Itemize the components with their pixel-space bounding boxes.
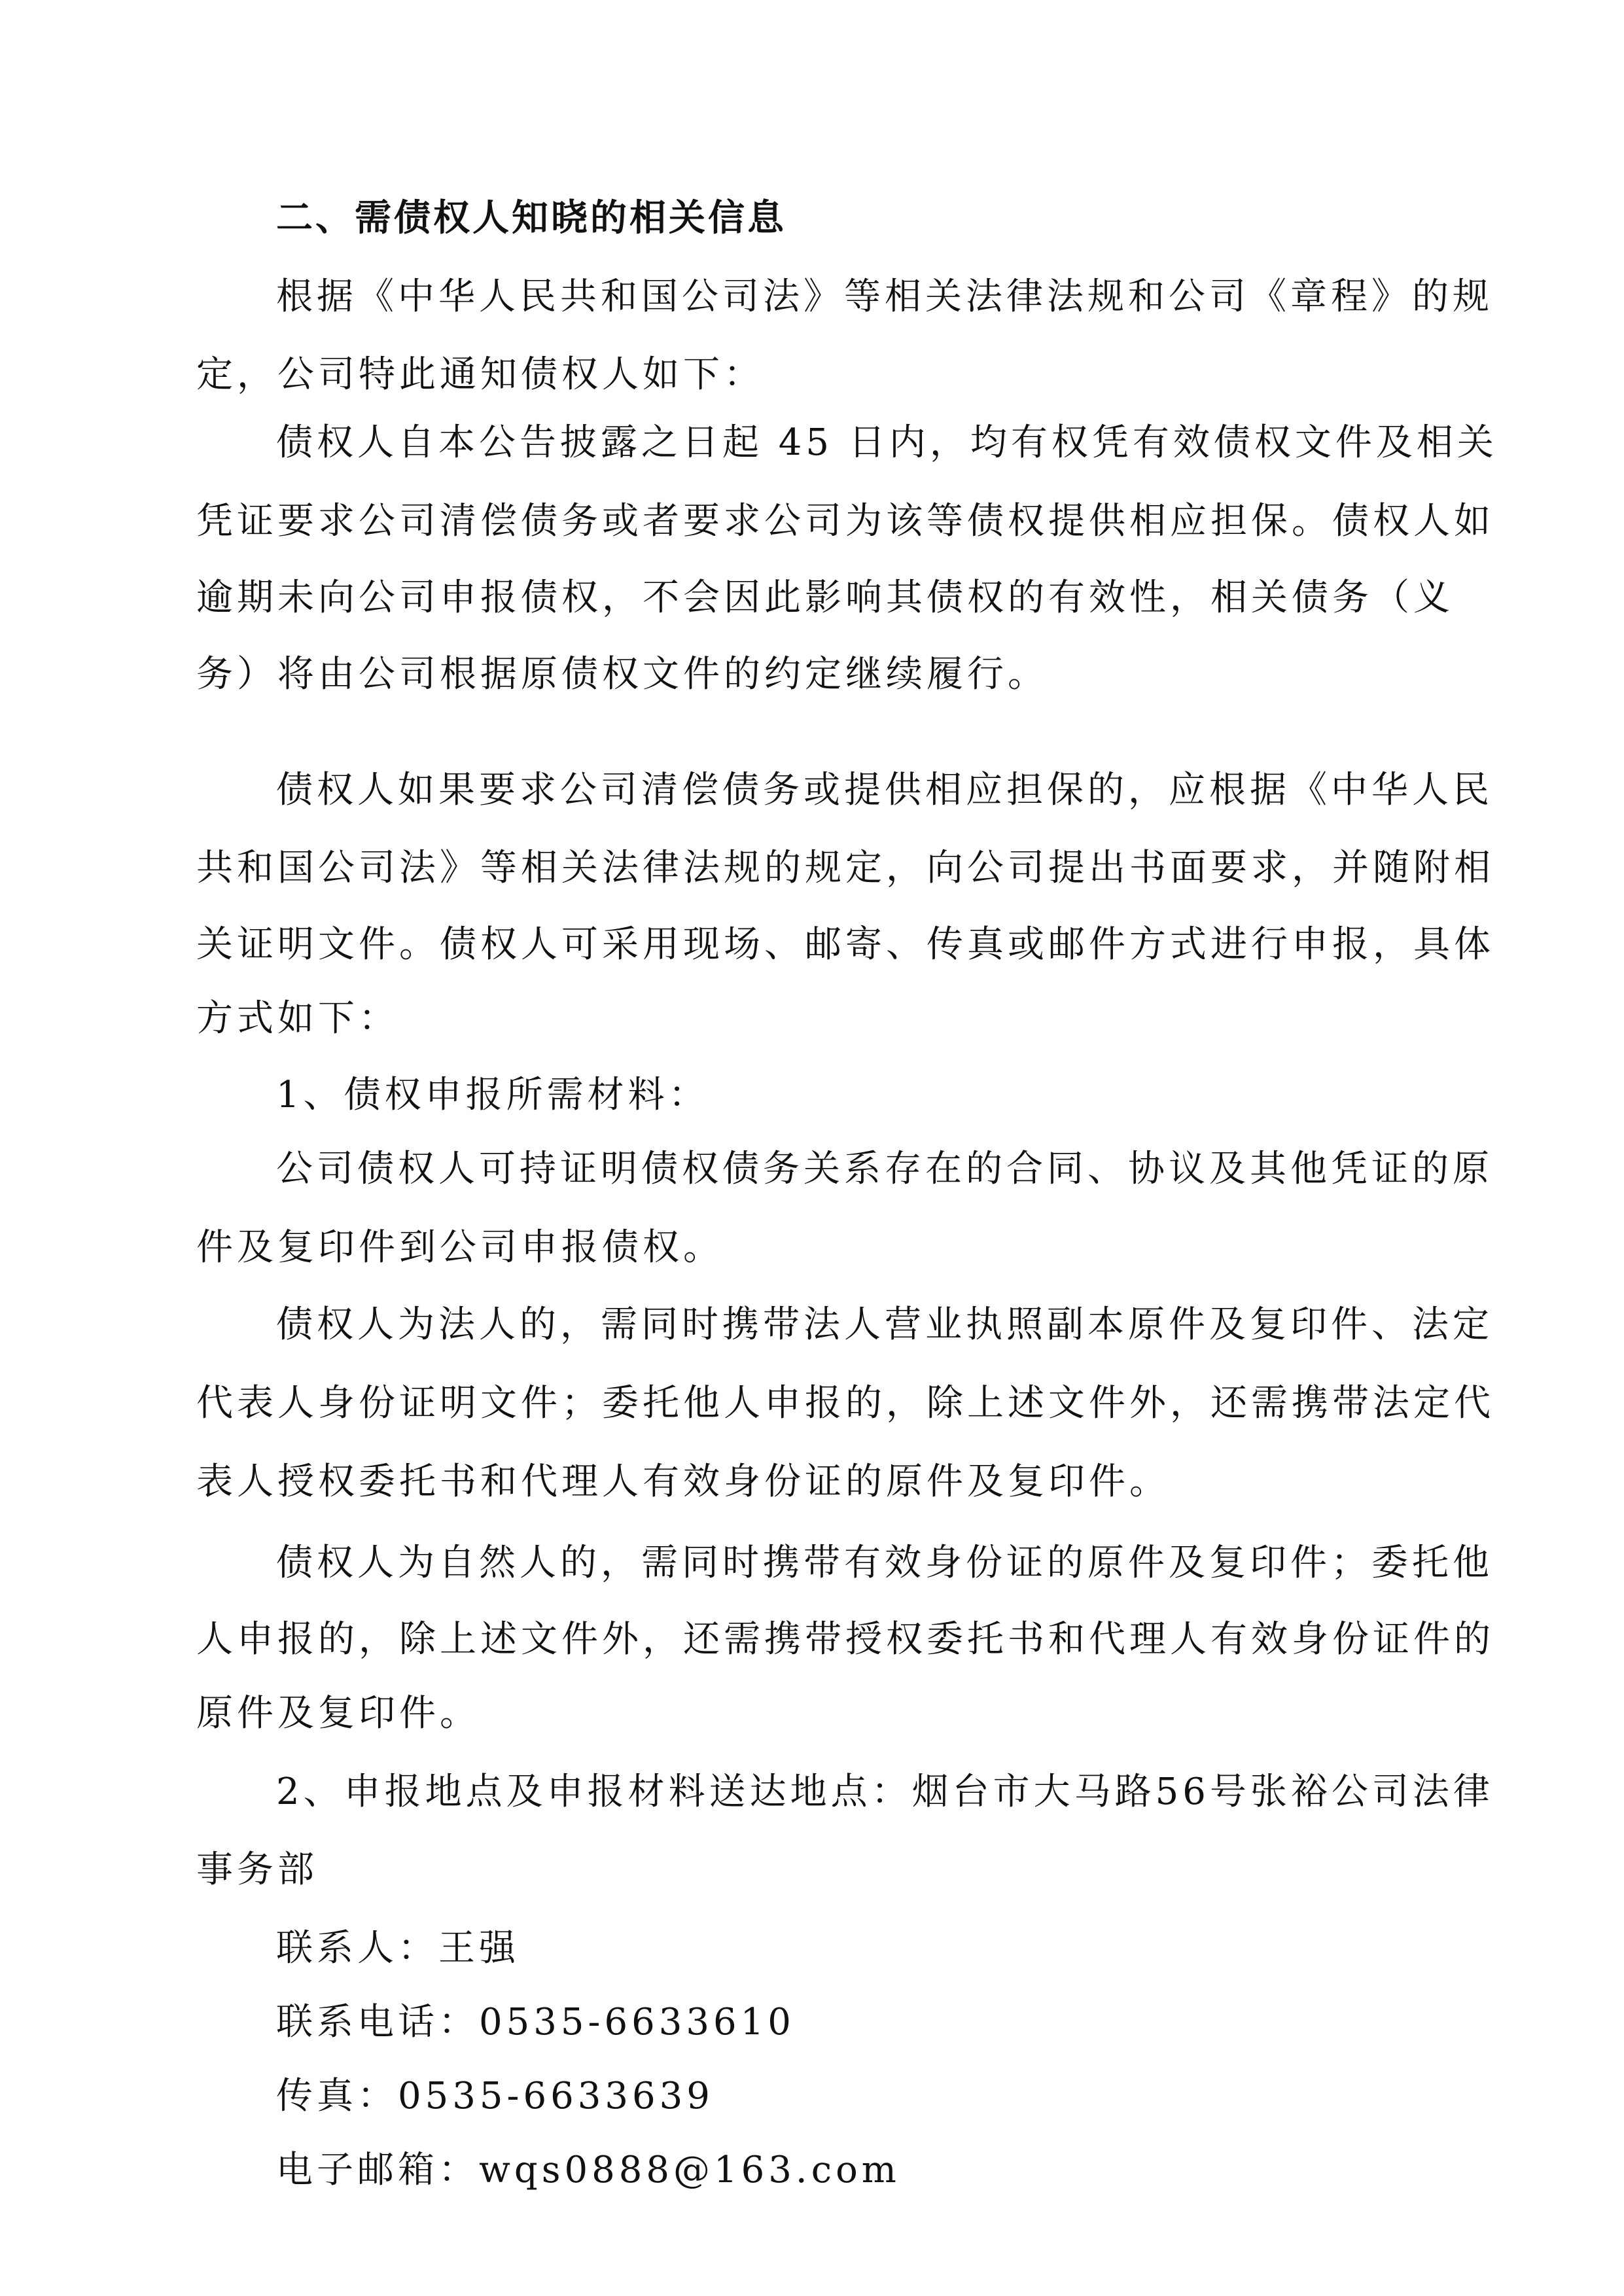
paragraph-line: 共和国公司法》等相关法律法规的规定，向公司提出书面要求，并随附相: [196, 845, 1426, 892]
paragraph-line: 件及复印件到公司申报债权。: [196, 1224, 1426, 1271]
contact-email: 电子邮箱：wqs0888@163.com: [276, 2147, 1426, 2194]
paragraph-line: 原件及复印件。: [196, 1690, 1426, 1737]
paragraph-line: 凭证要求公司清偿债务或者要求公司为该等债权提供相应担保。债权人如: [196, 498, 1426, 545]
section-heading: 二、需债权人知晓的相关信息: [276, 195, 1426, 242]
document-page: 二、需债权人知晓的相关信息 根据《中华人民共和国公司法》等相关法律法规和公司《章…: [0, 0, 1624, 2296]
paragraph-line: 2、申报地点及申报材料送达地点：烟台市大马路56号张裕公司法律: [276, 1769, 1426, 1816]
paragraph-line: 关证明文件。债权人可采用现场、邮寄、传真或邮件方式进行申报，具体: [196, 921, 1426, 968]
paragraph-line: 务）将由公司根据原债权文件的约定继续履行。: [196, 651, 1426, 698]
paragraph-line: 事务部: [196, 1846, 1426, 1894]
paragraph-line: 公司债权人可持证明债权债务关系存在的合同、协议及其他凭证的原: [276, 1146, 1426, 1193]
paragraph-line: 方式如下：: [196, 995, 1426, 1042]
paragraph-line: 代表人身份证明文件；委托他人申报的，除上述文件外，还需携带法定代: [196, 1380, 1426, 1427]
paragraph-line: 债权人如果要求公司清偿债务或提供相应担保的，应根据《中华人民: [276, 767, 1426, 814]
paragraph-line: 人申报的，除上述文件外，还需携带授权委托书和代理人有效身份证件的: [196, 1616, 1426, 1663]
paragraph-line: 债权人为法人的，需同时携带法人营业执照副本原件及复印件、法定: [276, 1301, 1426, 1349]
contact-person: 联系人：王强: [276, 1925, 1426, 1972]
contact-fax: 传真：0535-6633639: [276, 2073, 1426, 2120]
paragraph-line: 表人授权委托书和代理人有效身份证的原件及复印件。: [196, 1458, 1426, 1506]
paragraph-line: 债权人自本公告披露之日起 45 日内，均有权凭有效债权文件及相关: [276, 419, 1426, 467]
contact-phone: 联系电话：0535-6633610: [276, 1999, 1426, 2046]
item-1-title: 1、债权申报所需材料：: [276, 1072, 1426, 1119]
paragraph-line: 定，公司特此通知债权人如下：: [196, 351, 1426, 398]
paragraph-line: 根据《中华人民共和国公司法》等相关法律法规和公司《章程》的规: [276, 274, 1426, 321]
paragraph-line: 债权人为自然人的，需同时携带有效身份证的原件及复印件；委托他: [276, 1540, 1426, 1587]
paragraph-line: 逾期未向公司申报债权，不会因此影响其债权的有效性，相关债务（义: [196, 574, 1426, 622]
